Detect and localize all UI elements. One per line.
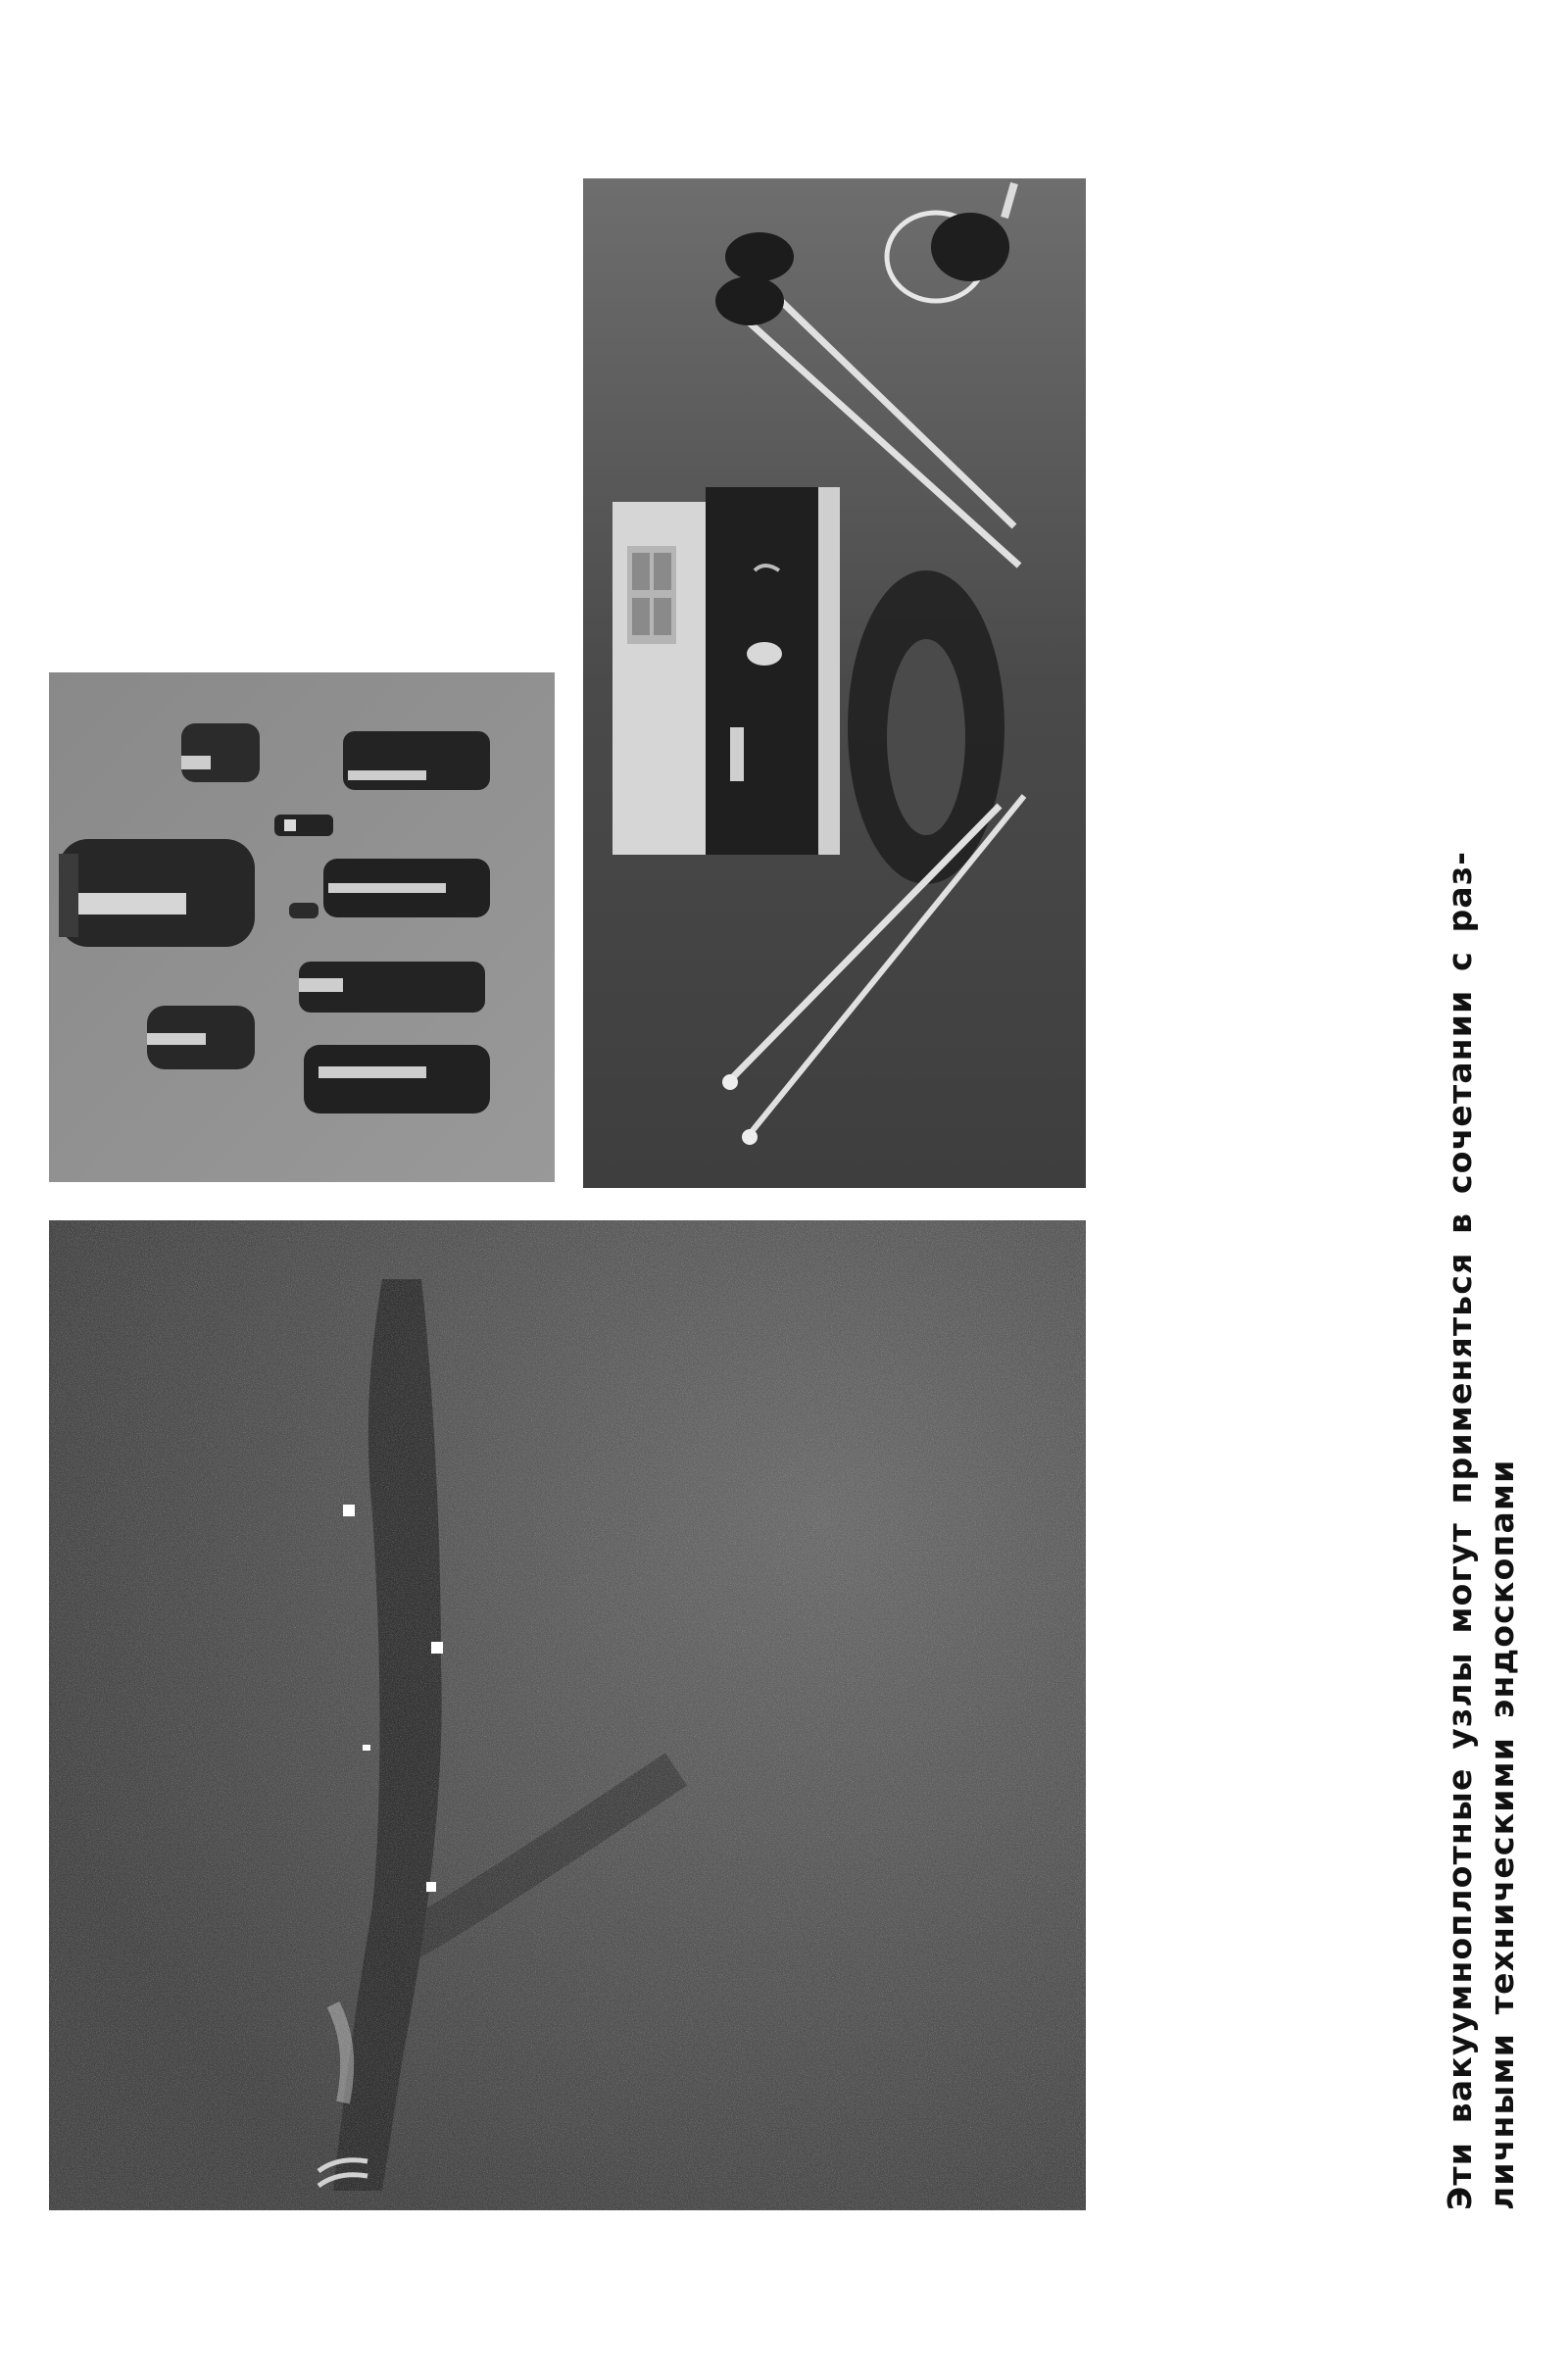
photo-endoscope [49,1220,1086,2210]
fittings-image [49,672,555,1182]
photo-illuminator-equipment [583,178,1086,1188]
illuminator-control-panel [706,487,818,855]
caption-line-2: личными техническими эндоскопами [1481,681,1523,2210]
caption-line-1: Эти вакуумноплотные узлы могут применять… [1439,681,1481,2210]
photo-vacuum-fittings [49,672,555,1182]
figure-caption: Эти вакуумноплотные узлы могут применять… [1439,681,1523,2210]
equipment-image [583,178,1086,1188]
endoscope-image [49,1220,1086,2210]
